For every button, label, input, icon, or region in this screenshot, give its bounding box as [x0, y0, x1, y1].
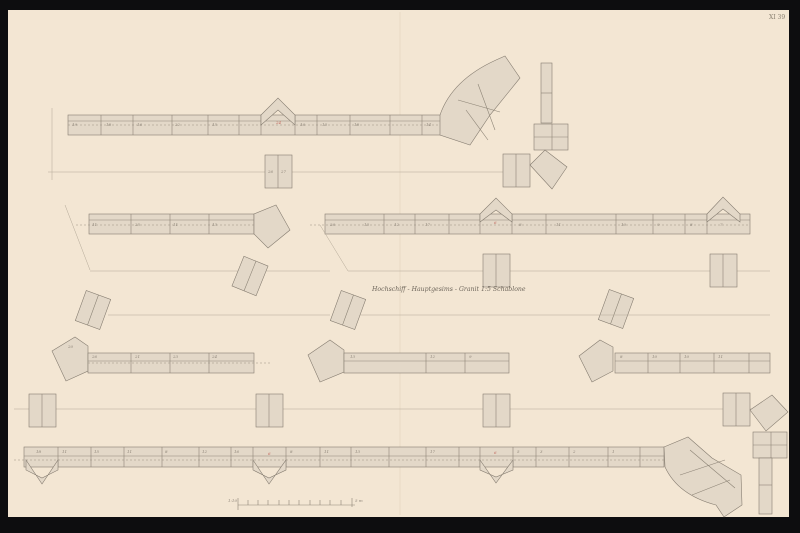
svg-text:16: 16	[234, 449, 240, 454]
svg-text:13: 13	[212, 222, 218, 227]
svg-text:16: 16	[300, 122, 306, 127]
svg-text:11: 11	[556, 222, 561, 227]
svg-text:11: 11	[62, 449, 67, 454]
svg-text:5 m: 5 m	[355, 498, 363, 503]
svg-text:11: 11	[127, 449, 132, 454]
section-pair-2	[483, 254, 510, 287]
architectural-drawing: XI 39 19 18 16 22 15 24 16 13 18 14	[0, 0, 800, 533]
svg-text:13: 13	[350, 354, 356, 359]
svg-text:18: 18	[106, 122, 112, 127]
section-pair-7	[723, 393, 750, 426]
svg-text:10: 10	[652, 354, 658, 359]
section-pair-6	[483, 394, 510, 427]
section-pair-5	[256, 394, 283, 427]
svg-text:11: 11	[173, 222, 178, 227]
svg-text:12: 12	[202, 449, 208, 454]
svg-text:15: 15	[94, 449, 100, 454]
svg-text:17: 17	[430, 449, 436, 454]
svg-text:26: 26	[329, 222, 336, 227]
svg-text:22: 22	[174, 122, 181, 127]
svg-text:23: 23	[172, 354, 179, 359]
paper-sheet	[8, 10, 789, 517]
svg-text:10: 10	[684, 354, 690, 359]
svg-text:1: 1	[612, 449, 615, 454]
svg-text:1:10: 1:10	[228, 498, 237, 503]
svg-text:20: 20	[67, 344, 74, 349]
svg-text:18: 18	[354, 122, 360, 127]
svg-text:16: 16	[137, 122, 143, 127]
svg-text:12: 12	[394, 222, 400, 227]
svg-text:24: 24	[275, 120, 282, 125]
section-pair-3	[710, 254, 737, 287]
svg-text:26: 26	[91, 354, 98, 359]
section-pair-4	[29, 394, 56, 427]
svg-text:27: 27	[280, 169, 287, 174]
svg-text:24: 24	[211, 354, 218, 359]
svg-text:11: 11	[324, 449, 329, 454]
svg-text:11: 11	[92, 222, 97, 227]
svg-text:13: 13	[364, 222, 370, 227]
svg-text:14: 14	[426, 122, 432, 127]
svg-text:13: 13	[355, 449, 361, 454]
svg-text:17: 17	[425, 222, 431, 227]
svg-text:12: 12	[430, 354, 436, 359]
svg-text:2: 2	[572, 449, 576, 454]
svg-text:11: 11	[718, 354, 723, 359]
svg-text:19: 19	[72, 122, 78, 127]
svg-text:10: 10	[621, 222, 627, 227]
section-pair-1: 26 27	[265, 155, 292, 188]
svg-text:13: 13	[322, 122, 328, 127]
plate-number: XI 39	[769, 14, 785, 21]
svg-text:21: 21	[134, 354, 140, 359]
svg-text:15: 15	[212, 122, 218, 127]
svg-text:25: 25	[134, 222, 141, 227]
drawing-title: Hochschiff - Hauptgesims - Granit 1:5 Sc…	[371, 286, 526, 293]
svg-text:26: 26	[267, 169, 274, 174]
svg-text:18: 18	[36, 449, 42, 454]
